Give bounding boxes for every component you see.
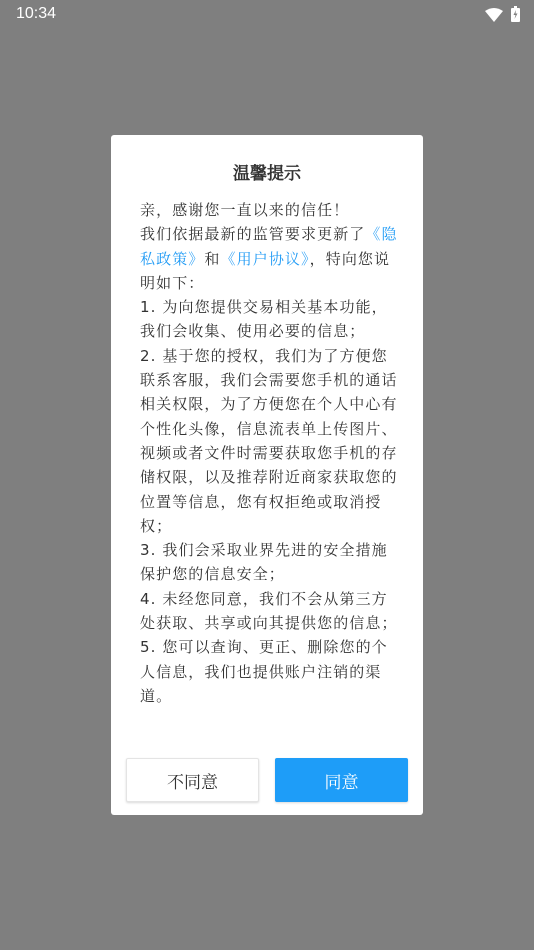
status-time: 10:34: [16, 5, 56, 23]
wifi-icon: [485, 7, 503, 26]
dialog-title: 温馨提示: [111, 159, 423, 184]
agree-button[interactable]: 同意: [275, 758, 408, 802]
battery-charging-icon: [511, 6, 520, 26]
greeting-text: 亲，感谢您一直以来的信任！: [140, 198, 400, 222]
intro-text: 我们依据最新的监管要求更新了《隐私政策》和《用户协议》，特向您说明如下：: [140, 222, 400, 295]
list-item: 4. 未经您同意，我们不会从第三方处获取、共享或向其提供您的信息；: [140, 587, 400, 636]
user-agreement-link[interactable]: 《用户协议》: [221, 250, 310, 268]
list-item: 2. 基于您的授权，我们为了方便您联系客服，我们会需要您手机的通话相关权限，为了…: [140, 344, 400, 538]
status-bar: 10:34: [0, 0, 534, 28]
status-icons: [485, 6, 520, 26]
intro-prefix: 我们依据最新的监管要求更新了: [140, 225, 365, 243]
disagree-button[interactable]: 不同意: [126, 758, 259, 802]
list-item: 1. 为向您提供交易相关基本功能，我们会收集、使用必要的信息；: [140, 295, 400, 344]
list-item: 5. 您可以查询、更正、删除您的个人信息，我们也提供账户注销的渠道。: [140, 635, 400, 708]
and-text: 和: [204, 250, 220, 268]
privacy-dialog: 温馨提示 亲，感谢您一直以来的信任！ 我们依据最新的监管要求更新了《隐私政策》和…: [111, 135, 423, 815]
dialog-body: 亲，感谢您一直以来的信任！ 我们依据最新的监管要求更新了《隐私政策》和《用户协议…: [140, 198, 400, 708]
list-item: 3. 我们会采取业界先进的安全措施保护您的信息安全；: [140, 538, 400, 587]
